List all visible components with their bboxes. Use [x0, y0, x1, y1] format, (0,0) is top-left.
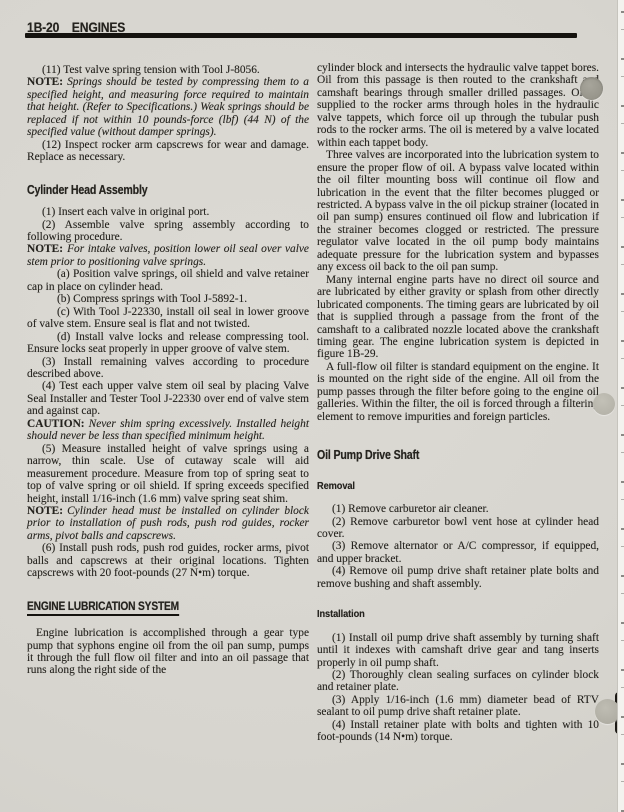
- removal-step-4: (4) Remove oil pump drive shaft retainer…: [317, 565, 599, 590]
- note-label: NOTE:: [27, 505, 67, 517]
- installation-step-3: (3) Apply 1/16-inch (1.6 mm) diameter be…: [317, 694, 599, 719]
- subheading-removal: Removal: [317, 480, 565, 492]
- note-text: For intake valves, position lower oil se…: [27, 243, 309, 267]
- note-text: Springs should be tested by compressing …: [27, 76, 309, 138]
- three-valves-paragraph: Three valves are incorporated into the l…: [317, 149, 599, 274]
- lubrication-intro-paragraph: Engine lubrication is accomplished throu…: [27, 627, 309, 677]
- left-column: (11) Test valve spring tension with Tool…: [27, 64, 309, 677]
- heading-oil-pump-drive-shaft: Oil Pump Drive Shaft: [317, 449, 557, 461]
- note-cylinder-head-install: NOTE:Cylinder head must be installed on …: [27, 505, 309, 542]
- heading-cylinder-head-assembly: Cylinder Head Assembly: [27, 184, 267, 196]
- caution-shim-spring: CAUTION:Never shim spring excessively. I…: [27, 418, 309, 443]
- step-6: (6) Install push rods, push rod guides, …: [27, 542, 309, 579]
- removal-step-1: (1) Remove carburetor air cleaner.: [317, 503, 599, 515]
- note-label: NOTE:: [27, 76, 67, 88]
- substep-d: (d) Install valve locks and release comp…: [27, 331, 309, 356]
- step-4: (4) Test each upper valve stem oil seal …: [27, 380, 309, 417]
- removal-step-3: (3) Remove alternator or A/C compressor,…: [317, 540, 599, 565]
- substep-a: (a) Position valve springs, oil shield a…: [27, 268, 309, 293]
- step-2: (2) Assemble valve spring assembly accor…: [27, 219, 309, 244]
- header-rule: [25, 33, 577, 38]
- manual-page: 1B-20 ENGINES (11) Test valve spring ten…: [0, 0, 624, 812]
- note-text: Cylinder head must be installed on cylin…: [27, 505, 309, 542]
- note-intake-valves: NOTE:For intake valves, position lower o…: [27, 243, 309, 268]
- lubrication-paragraph-continued: cylinder block and intersects the hydrau…: [317, 62, 599, 149]
- heading-engine-lubrication-system: ENGINE LUBRICATION SYSTEM: [27, 600, 179, 616]
- subheading-installation: Installation: [317, 608, 565, 620]
- substep-b: (b) Compress springs with Tool J-5892-1.: [27, 293, 309, 305]
- oil-filter-paragraph: A full-flow oil filter is standard equip…: [317, 361, 599, 423]
- note-spring-testing: NOTE:Springs should be tested by compres…: [27, 76, 309, 138]
- hole-punch-middle: [593, 393, 615, 415]
- step-1: (1) Insert each valve in original port.: [27, 206, 309, 218]
- note-label: NOTE:: [27, 243, 67, 255]
- right-column: cylinder block and intersects the hydrau…: [317, 62, 599, 744]
- installation-step-1: (1) Install oil pump drive shaft assembl…: [317, 632, 599, 669]
- step-11: (11) Test valve spring tension with Tool…: [27, 64, 309, 76]
- substep-c: (c) With Tool J-22330, install oil seal …: [27, 306, 309, 331]
- internal-parts-paragraph: Many internal engine parts have no direc…: [317, 274, 599, 361]
- step-3: (3) Install remaining valves according t…: [27, 356, 309, 381]
- step-5: (5) Measure installed height of valve sp…: [27, 443, 309, 505]
- hole-punch-top: [580, 77, 603, 100]
- installation-step-2: (2) Thoroughly clean sealing surfaces on…: [317, 669, 599, 694]
- step-12: (12) Inspect rocker arm capscrews for we…: [27, 139, 309, 164]
- installation-step-4: (4) Install retainer plate with bolts an…: [317, 719, 599, 744]
- removal-step-2: (2) Remove carburetor bowl vent hose at …: [317, 516, 599, 541]
- caution-label: CAUTION:: [27, 418, 89, 430]
